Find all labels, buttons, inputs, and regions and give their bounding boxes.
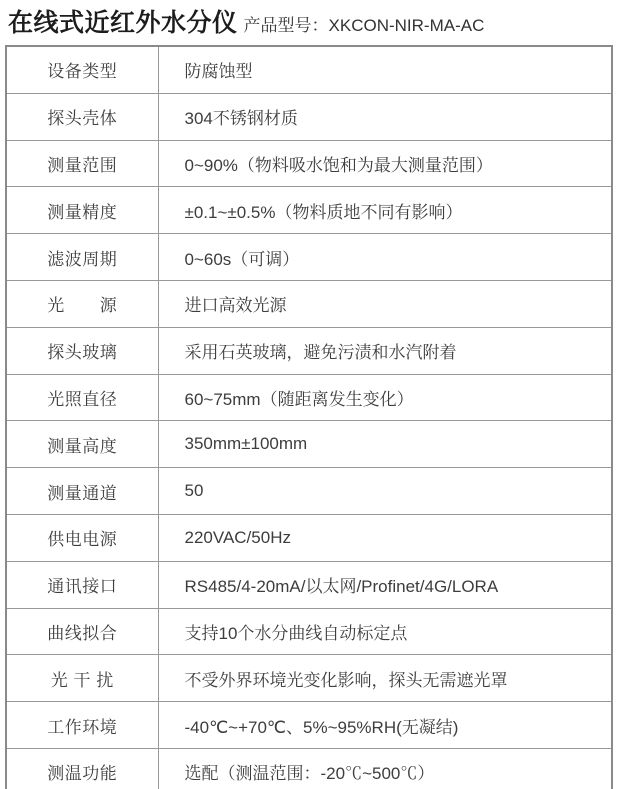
table-row: 通讯接口 RS485/4-20mA/以太网/Profinet/4G/LORA bbox=[6, 561, 612, 608]
table-row: 工作环境 -40℃~+70℃、5%~95%RH(无凝结) bbox=[6, 702, 612, 749]
spec-label: 测温功能 bbox=[6, 748, 158, 789]
spec-value: 60~75mm（随距离发生变化） bbox=[158, 374, 612, 421]
spec-label: 光 源 bbox=[6, 280, 158, 327]
spec-label: 探头玻璃 bbox=[6, 327, 158, 374]
spec-value: 支持10个水分曲线自动标定点 bbox=[158, 608, 612, 655]
table-row: 探头玻璃 采用石英玻璃，避免污渍和水汽附着 bbox=[6, 327, 612, 374]
spec-value: 0~60s（可调） bbox=[158, 234, 612, 281]
spec-label: 设备类型 bbox=[6, 46, 158, 93]
spec-value: 采用石英玻璃，避免污渍和水汽附着 bbox=[158, 327, 612, 374]
spec-label: 测量高度 bbox=[6, 421, 158, 468]
spec-table: 设备类型 防腐蚀型 探头壳体 304不锈钢材质 测量范围 0~90%（物料吸水饱… bbox=[5, 45, 613, 789]
spec-label: 滤波周期 bbox=[6, 234, 158, 281]
product-model-label: 产品型号： bbox=[244, 16, 329, 35]
table-row: 测量范围 0~90%（物料吸水饱和为最大测量范围） bbox=[6, 140, 612, 187]
spec-value: 304不锈钢材质 bbox=[158, 93, 612, 140]
table-row: 供电电源 220VAC/50Hz bbox=[6, 514, 612, 561]
spec-sheet-page: 在线式近红外水分仪 产品型号：XKCON-NIR-MA-AC 设备类型 防腐蚀型… bbox=[0, 0, 626, 789]
table-row: 光 干 扰 不受外界环境光变化影响，探头无需遮光罩 bbox=[6, 655, 612, 702]
spec-label: 工作环境 bbox=[6, 702, 158, 749]
spec-label: 供电电源 bbox=[6, 514, 158, 561]
spec-value: ±0.1~±0.5%（物料质地不同有影响） bbox=[158, 187, 612, 234]
table-row: 测量高度 350mm±100mm bbox=[6, 421, 612, 468]
spec-value: 进口高效光源 bbox=[158, 280, 612, 327]
spec-label: 测量精度 bbox=[6, 187, 158, 234]
spec-label: 通讯接口 bbox=[6, 561, 158, 608]
page-header: 在线式近红外水分仪 产品型号：XKCON-NIR-MA-AC bbox=[8, 3, 484, 39]
product-model-line: 产品型号：XKCON-NIR-MA-AC bbox=[244, 11, 485, 36]
page-title: 在线式近红外水分仪 bbox=[8, 3, 238, 39]
table-row: 测量精度 ±0.1~±0.5%（物料质地不同有影响） bbox=[6, 187, 612, 234]
spec-value: 选配（测温范围：-20℃~500℃） bbox=[158, 748, 612, 789]
spec-value: 220VAC/50Hz bbox=[158, 514, 612, 561]
spec-value: 防腐蚀型 bbox=[158, 46, 612, 93]
spec-value: RS485/4-20mA/以太网/Profinet/4G/LORA bbox=[158, 561, 612, 608]
spec-value: 0~90%（物料吸水饱和为最大测量范围） bbox=[158, 140, 612, 187]
table-row: 光 源 进口高效光源 bbox=[6, 280, 612, 327]
table-row: 滤波周期 0~60s（可调） bbox=[6, 234, 612, 281]
spec-value: 350mm±100mm bbox=[158, 421, 612, 468]
spec-label: 测量范围 bbox=[6, 140, 158, 187]
spec-value: 50 bbox=[158, 468, 612, 515]
table-row: 测量通道 50 bbox=[6, 468, 612, 515]
spec-value: -40℃~+70℃、5%~95%RH(无凝结) bbox=[158, 702, 612, 749]
spec-label: 光 干 扰 bbox=[6, 655, 158, 702]
spec-label: 曲线拟合 bbox=[6, 608, 158, 655]
spec-label: 探头壳体 bbox=[6, 93, 158, 140]
table-row: 设备类型 防腐蚀型 bbox=[6, 46, 612, 93]
table-row: 曲线拟合 支持10个水分曲线自动标定点 bbox=[6, 608, 612, 655]
spec-value: 不受外界环境光变化影响，探头无需遮光罩 bbox=[158, 655, 612, 702]
table-row: 测温功能 选配（测温范围：-20℃~500℃） bbox=[6, 748, 612, 789]
spec-label: 测量通道 bbox=[6, 468, 158, 515]
table-row: 光照直径 60~75mm（随距离发生变化） bbox=[6, 374, 612, 421]
table-row: 探头壳体 304不锈钢材质 bbox=[6, 93, 612, 140]
spec-label: 光照直径 bbox=[6, 374, 158, 421]
product-model-value: XKCON-NIR-MA-AC bbox=[329, 16, 485, 35]
